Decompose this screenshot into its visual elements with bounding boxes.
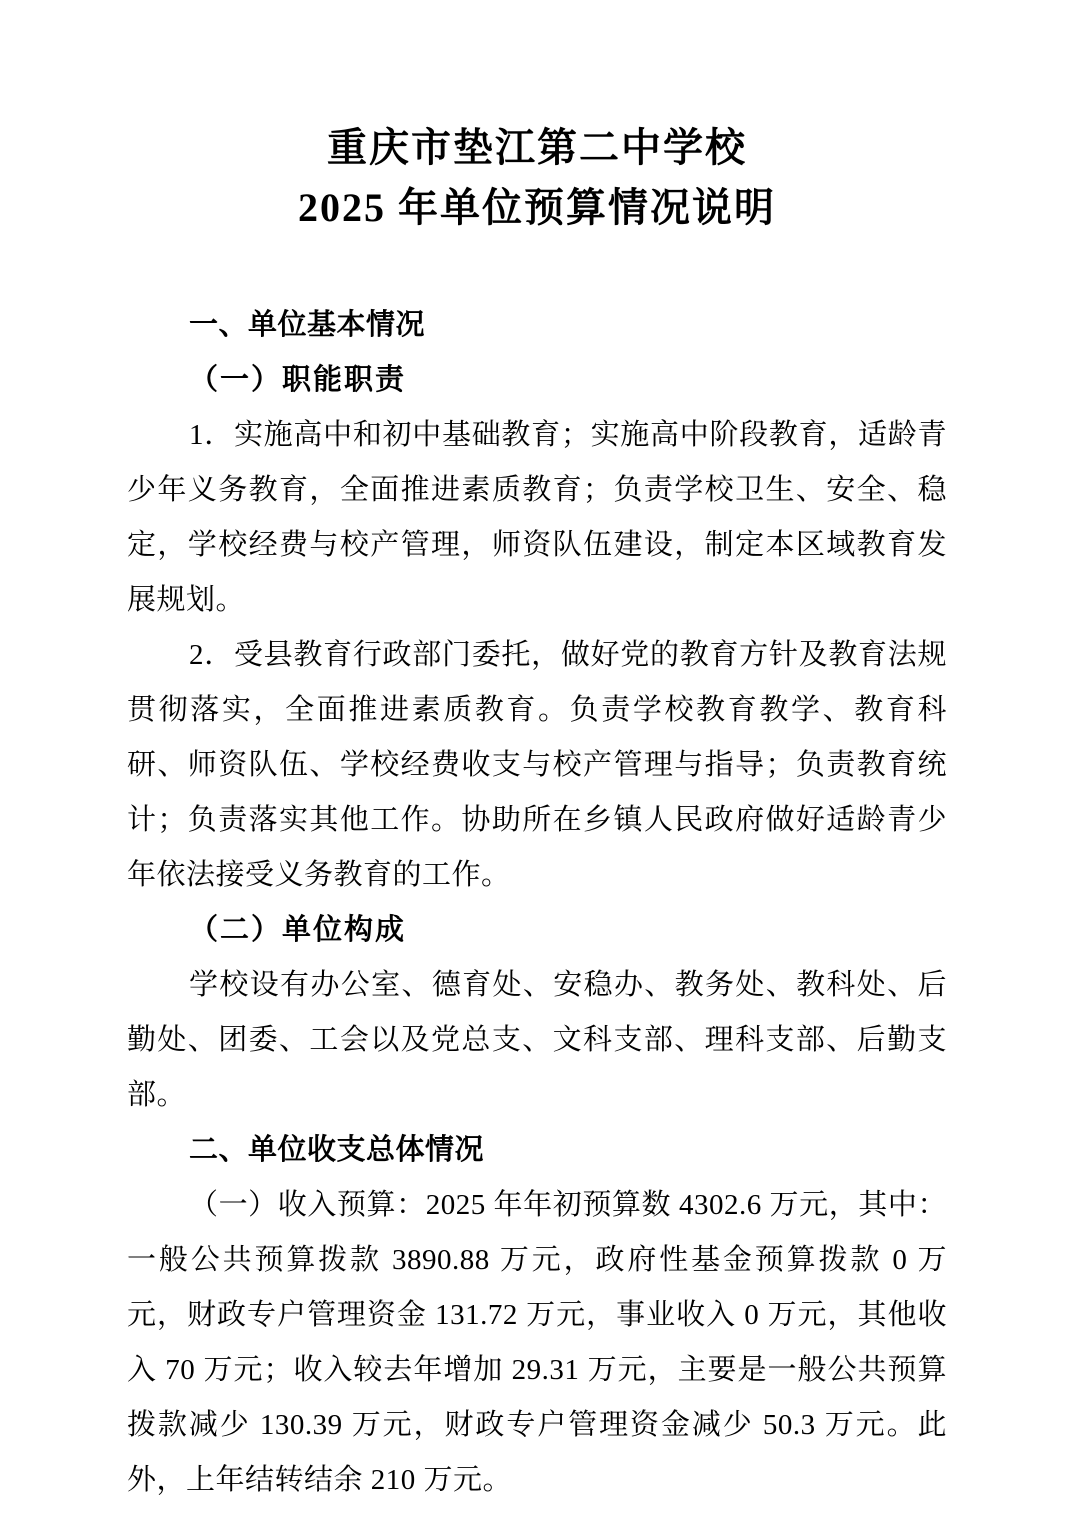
section-heading-basic-info: 一、单位基本情况	[127, 298, 947, 353]
paragraph-income-budget: （一）收入预算：2025 年年初预算数 4302.6 万元，其中：一般公共预算拨…	[127, 1178, 947, 1508]
paragraph-composition: 学校设有办公室、德育处、安稳办、教务处、教科处、后勤处、团委、工会以及党总支、文…	[127, 958, 947, 1123]
section-heading-budget-overview: 二、单位收支总体情况	[127, 1123, 947, 1178]
document-page: 重庆市垫江第二中学校 2025 年单位预算情况说明 一、单位基本情况 （一）职能…	[0, 0, 1074, 1520]
paragraph-duties-2: 2．受县教育行政部门委托，做好党的教育方针及教育法规贯彻落实，全面推进素质教育。…	[127, 628, 947, 903]
document-title-line2: 2025 年单位预算情况说明	[127, 178, 947, 238]
subsection-heading-duties: （一）职能职责	[127, 353, 947, 408]
document-body: 一、单位基本情况 （一）职能职责 1．实施高中和初中基础教育；实施高中阶段教育，…	[127, 298, 947, 1508]
subsection-heading-composition: （二）单位构成	[127, 903, 947, 958]
document-content: 重庆市垫江第二中学校 2025 年单位预算情况说明 一、单位基本情况 （一）职能…	[0, 0, 1074, 1508]
document-title: 重庆市垫江第二中学校 2025 年单位预算情况说明	[127, 118, 947, 238]
paragraph-duties-1: 1．实施高中和初中基础教育；实施高中阶段教育，适龄青少年义务教育，全面推进素质教…	[127, 408, 947, 628]
document-title-line1: 重庆市垫江第二中学校	[127, 118, 947, 178]
